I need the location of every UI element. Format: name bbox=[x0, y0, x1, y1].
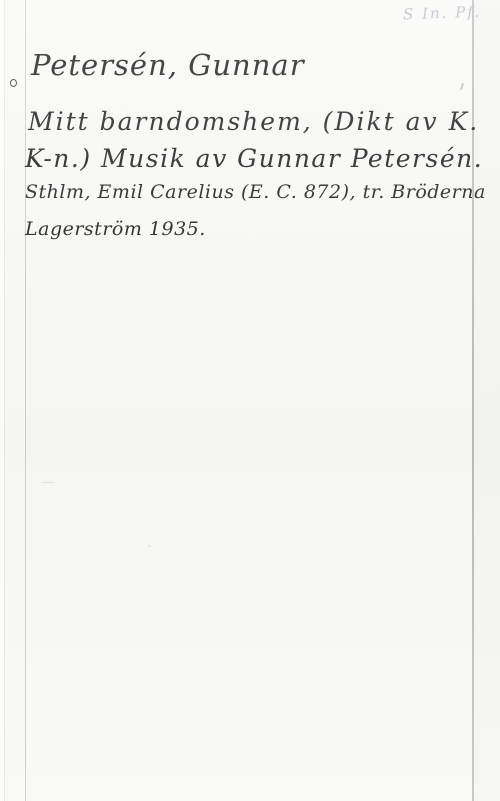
left-margin-rule bbox=[25, 0, 26, 801]
stray-ink-speck bbox=[460, 83, 464, 90]
scan-left-edge bbox=[0, 0, 5, 801]
classification-note: S In. Pf. bbox=[403, 3, 482, 24]
card-body-line-3: Sthlm, Emil Carelius (E. C. 872), tr. Br… bbox=[25, 181, 486, 203]
catalog-card-scan: S In. Pf. Petersén, Gunnar Mitt barndoms… bbox=[0, 0, 500, 801]
card-body-line-4: Lagerström 1935. bbox=[25, 218, 206, 240]
card-body-line-1: Mitt barndomshem, (Dikt av K. bbox=[28, 107, 479, 136]
card-heading: Petersén, Gunnar bbox=[31, 48, 305, 82]
card-body-line-2: K-n.) Musik av Gunnar Petersén. bbox=[25, 144, 483, 173]
paper-dust-mark bbox=[148, 545, 151, 547]
paper-dust-mark bbox=[42, 482, 54, 483]
margin-ring-mark bbox=[10, 79, 17, 87]
